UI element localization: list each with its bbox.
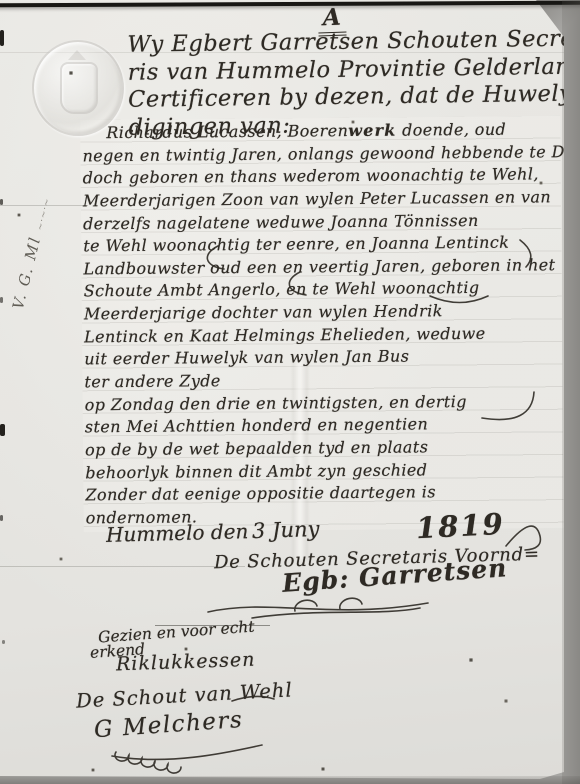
edge-smudge xyxy=(0,297,3,303)
paper: V. G. Ml ~·~·~ A Wy Egbert Garretsen Sch… xyxy=(0,0,580,780)
dateline-date: 3 Juny xyxy=(252,517,320,543)
ink-specks xyxy=(0,0,2,2)
edge-smudge xyxy=(0,515,3,521)
margin-annotation-flourish: ~·~·~ xyxy=(35,197,53,232)
body-line-text: Richardus Lucassen, Boeren xyxy=(106,121,348,142)
emphasis-word: werk xyxy=(348,121,396,140)
document-scan: V. G. Ml ~·~·~ A Wy Egbert Garretsen Sch… xyxy=(0,0,580,784)
embossed-seal xyxy=(32,40,124,136)
dateline-year: 1819 xyxy=(415,507,505,546)
edge-smudge xyxy=(0,199,3,205)
edge-smudge xyxy=(0,30,4,46)
paper-crease xyxy=(0,566,245,567)
dateline-place: Hummelo den xyxy=(106,519,249,547)
edge-smudge xyxy=(0,424,5,436)
seal-crown-icon xyxy=(68,50,86,60)
edge-smudge xyxy=(2,640,5,644)
body-paragraph: Richardus Lucassen, Boerenwerk doende, o… xyxy=(82,119,580,531)
schout-role-line: De Schout van Wehl xyxy=(76,678,294,712)
signature-melchers: G Melchers xyxy=(93,707,244,743)
scan-gutter-right xyxy=(562,0,580,784)
margin-annotation-text: V. G. Ml xyxy=(9,234,45,311)
margin-annotation: V. G. Ml ~·~·~ xyxy=(9,103,77,311)
signature-lukkessen: Riklukkessen xyxy=(116,649,256,676)
scan-gutter-bottom xyxy=(0,776,580,784)
body-line-text: doende, oud xyxy=(396,120,506,140)
